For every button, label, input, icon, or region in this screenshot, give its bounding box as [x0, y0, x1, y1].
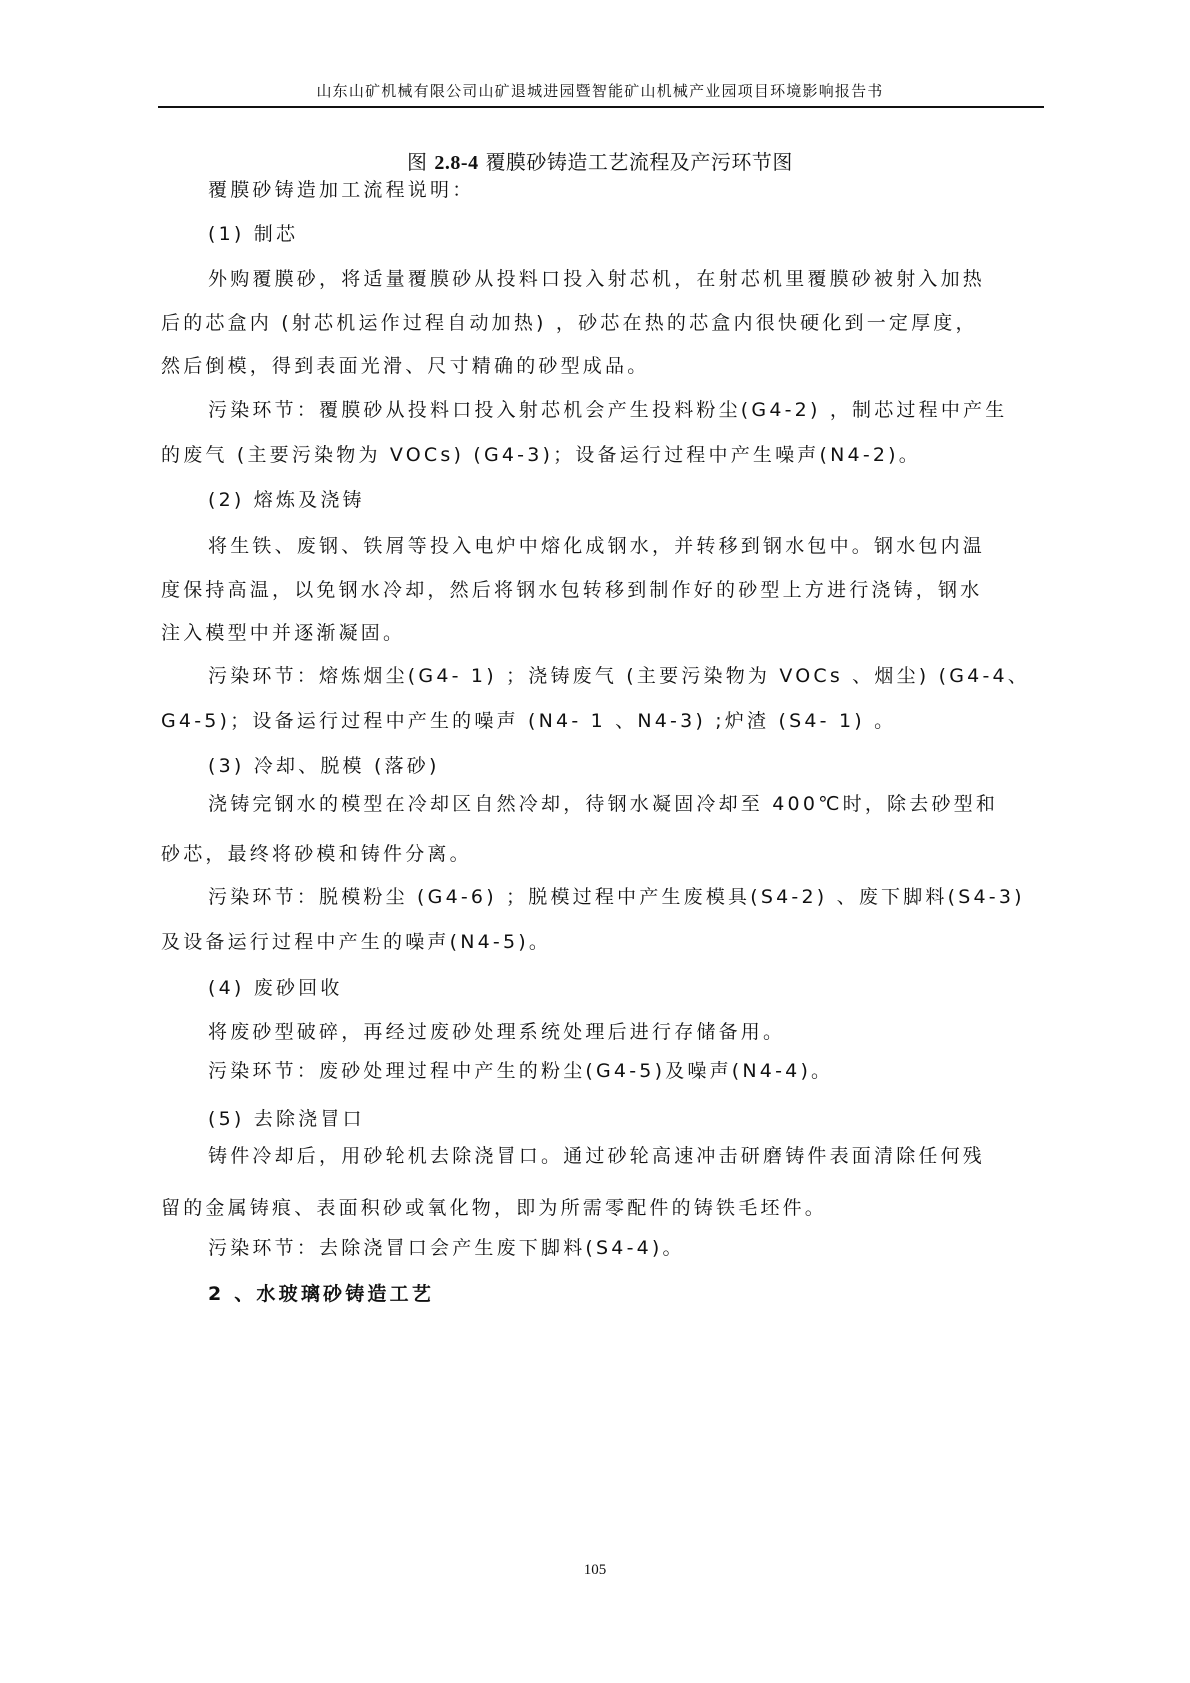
next-section-heading: 2 、水玻璃砂铸造工艺 [208, 1282, 434, 1306]
paragraph-line: 然后倒模，得到表面光滑、尺寸精确的砂型成品。 [161, 354, 649, 378]
pollution-line: 污染环节：覆膜砂从投料口投入射芯机会产生投料粉尘(G4-2) ，制芯过程中产生 [208, 398, 1007, 422]
running-header: 山东山矿机械有限公司山矿退城进园暨智能矿山机械产业园项目环境影响报告书 [160, 80, 1040, 101]
pollution-line: 污染环节：废砂处理过程中产生的粉尘(G4-5)及噪声(N4-4)。 [208, 1059, 833, 1083]
header-rule [158, 106, 1044, 108]
pollution-line: G4-5)；设备运行过程中产生的噪声 (N4- 1 、N4-3) ;炉渣 (S4… [161, 709, 896, 733]
section-heading: (3) 冷却、脱模 (落砂) [208, 754, 440, 778]
process-intro: 覆膜砂铸造加工流程说明： [208, 178, 474, 202]
section-heading: (1) 制芯 [208, 222, 298, 246]
paragraph-line: 留的金属铸痕、表面积砂或氧化物，即为所需零配件的铸铁毛坯件。 [161, 1196, 827, 1220]
page-number: 105 [0, 1562, 1190, 1579]
paragraph-line: 将废砂型破碎，再经过废砂处理系统处理后进行存储备用。 [208, 1020, 785, 1044]
paragraph-line: 将生铁、废钢、铁屑等投入电炉中熔化成钢水，并转移到钢水包中。钢水包内温 [208, 534, 985, 558]
figure-caption-text: 覆膜砂铸造工艺流程及产污环节图 [485, 150, 793, 174]
pollution-line: 及设备运行过程中产生的噪声(N4-5)。 [161, 930, 551, 954]
pollution-line: 污染环节：去除浇冒口会产生废下脚料(S4-4)。 [208, 1236, 685, 1260]
section-heading: (5) 去除浇冒口 [208, 1107, 365, 1131]
paragraph-line: 外购覆膜砂，将适量覆膜砂从投料口投入射芯机，在射芯机里覆膜砂被射入加热 [208, 267, 985, 291]
figure-caption: 图 2.8-4 覆膜砂铸造工艺流程及产污环节图 [160, 146, 1040, 175]
pollution-line: 污染环节：熔炼烟尘(G4- 1) ；浇铸废气 (主要污染物为 VOCs 、烟尘)… [208, 664, 1030, 688]
paragraph-line: 砂芯，最终将砂模和铸件分离。 [161, 842, 472, 866]
paragraph-line: 注入模型中并逐渐凝固。 [161, 621, 405, 645]
section-heading: (2) 熔炼及浇铸 [208, 488, 365, 512]
paragraph-line: 浇铸完钢水的模型在冷却区自然冷却，待钢水凝固冷却至 400℃时，除去砂型和 [208, 792, 998, 816]
document-page: 山东山矿机械有限公司山矿退城进园暨智能矿山机械产业园项目环境影响报告书 图 2.… [0, 0, 1190, 1683]
pollution-line: 的废气 (主要污染物为 VOCs) (G4-3)；设备运行过程中产生噪声(N4-… [161, 443, 921, 467]
figure-number: 2.8-4 [434, 152, 478, 174]
figure-label: 图 [407, 150, 428, 174]
paragraph-line: 后的芯盒内 (射芯机运作过程自动加热) ，砂芯在热的芯盒内很快硬化到一定厚度， [161, 311, 978, 335]
section-heading: (4) 废砂回收 [208, 976, 343, 1000]
pollution-line: 污染环节：脱模粉尘 (G4-6) ；脱模过程中产生废模具(S4-2) 、废下脚料… [208, 885, 1025, 909]
paragraph-line: 铸件冷却后，用砂轮机去除浇冒口。通过砂轮高速冲击研磨铸件表面清除任何残 [208, 1144, 985, 1168]
paragraph-line: 度保持高温，以免钢水冷却，然后将钢水包转移到制作好的砂型上方进行浇铸，钢水 [161, 578, 982, 602]
